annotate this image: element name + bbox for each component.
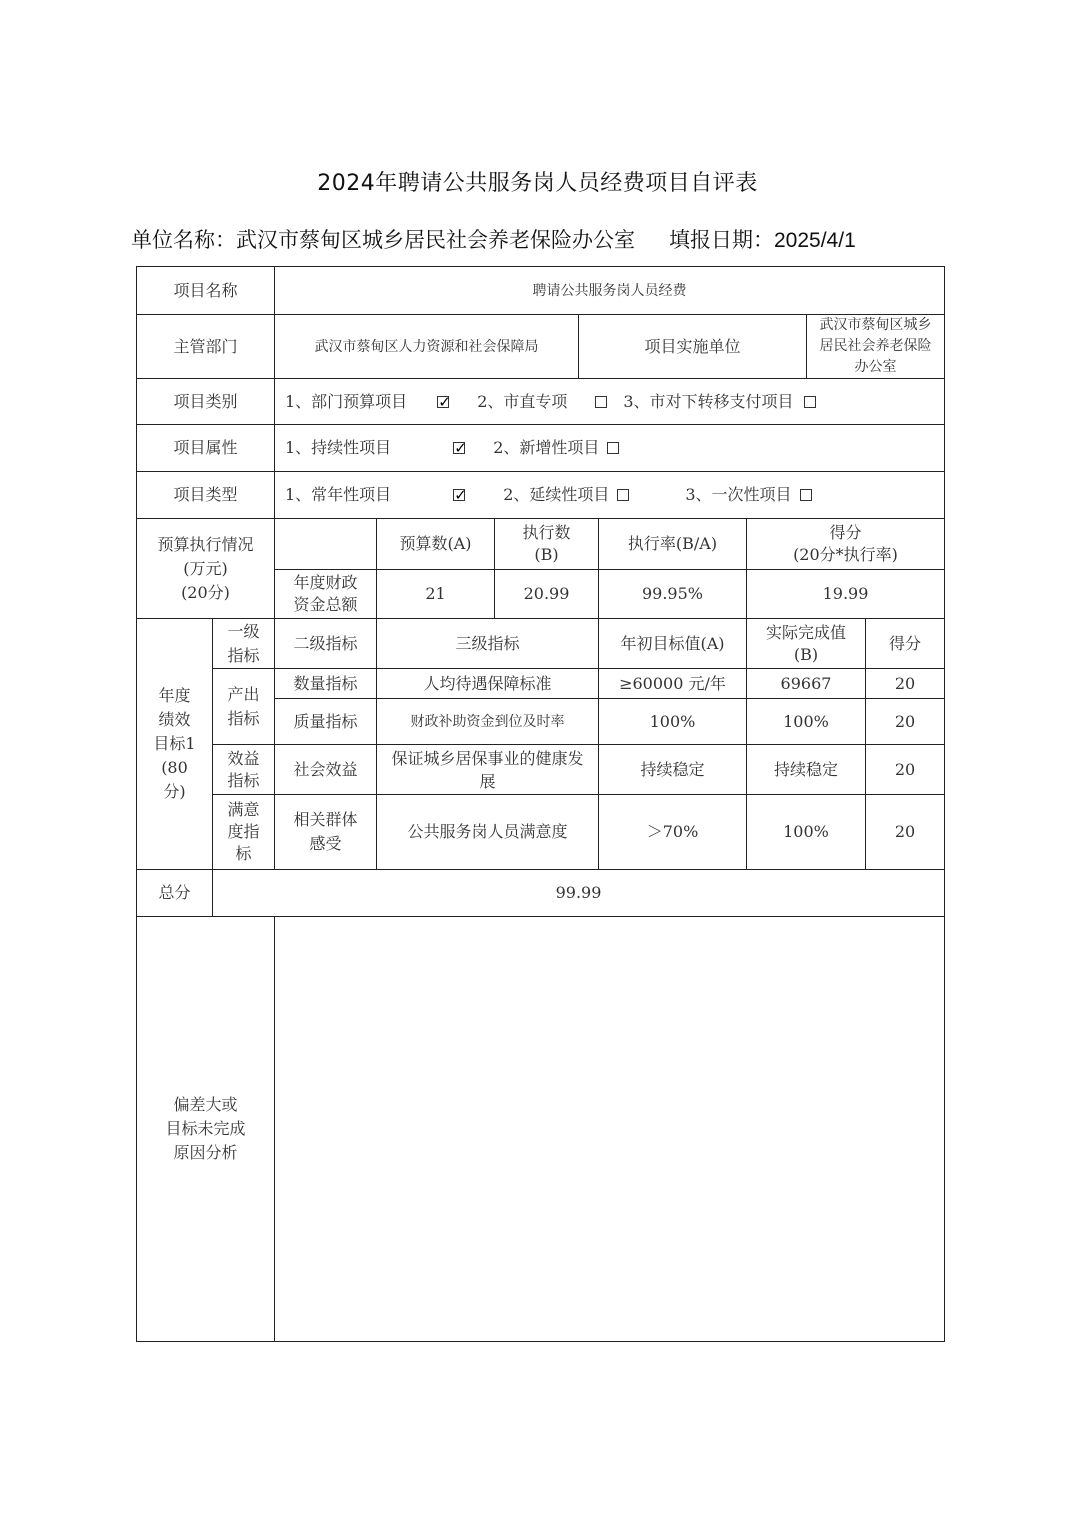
section-line: 年度 [158, 684, 190, 708]
budget-header-a: 预算数(A) [376, 518, 495, 570]
category-option-1: 1、部门预算项目 [285, 390, 407, 414]
attribute-option-2: 2、新增性项目 [493, 436, 599, 460]
unit-label: 单位名称： [131, 228, 236, 252]
header-score: 得分 [865, 618, 945, 669]
total-label: 总分 [136, 869, 213, 917]
header-info: 单位名称：武汉市蔡甸区城乡居民社会养老保险办公室填报日期：2025/4/1 [131, 224, 856, 254]
row0-target: ≥60000 元/年 [598, 668, 747, 699]
type-option-1: 1、常年性项目 [285, 483, 391, 507]
impl-unit-label: 项目实施单位 [578, 314, 807, 379]
total-value: 99.99 [212, 869, 945, 917]
section-line: 目标1 [153, 732, 195, 756]
checkbox-unchecked-icon[interactable] [800, 489, 812, 501]
budget-header-b: 执行数 (B) [494, 518, 599, 570]
deviation-label: 偏差大或 目标未完成 原因分析 [136, 916, 275, 1342]
type-option-2: 2、延续性项目 [503, 483, 609, 507]
deviation-label-line: 原因分析 [173, 1141, 237, 1165]
dept-value: 武汉市蔡甸区人力资源和社会保障局 [274, 314, 579, 379]
row3-score: 20 [865, 794, 945, 870]
budget-section-line: 预算执行情况 [157, 533, 253, 557]
budget-row-label: 年度财政 资金总额 [274, 569, 377, 619]
section-line: (80 [161, 756, 188, 780]
checkbox-checked-icon[interactable] [453, 442, 465, 454]
row1-actual: 100% [746, 698, 866, 745]
row2-level3: 保证城乡居保事业的健康发展 [376, 744, 599, 795]
type-options: 1、常年性项目 2、延续性项目 3、一次性项目 [274, 471, 945, 519]
row0-level2: 数量指标 [274, 668, 377, 699]
row3-target: ＞70% [598, 794, 747, 870]
row1-target: 100% [598, 698, 747, 745]
level1-benefit: 效益指标 [212, 744, 275, 795]
category-option-2: 2、市直专项 [477, 390, 567, 414]
header-level3: 三级指标 [376, 618, 599, 669]
row-label-line: 资金总额 [293, 594, 357, 616]
unit-value: 武汉市蔡甸区城乡居民社会养老保险办公室 [236, 228, 635, 252]
header-line: 得分 [829, 522, 861, 544]
budget-score-value: 19.99 [746, 569, 945, 619]
budget-rate-value: 99.95% [598, 569, 747, 619]
header-line: (B) [534, 544, 558, 566]
row2-actual: 持续稳定 [746, 744, 866, 795]
budget-section-label: 预算执行情况 (万元) (20分) [136, 518, 275, 619]
project-name-value: 聘请公共服务岗人员经费 [274, 266, 945, 315]
row0-level3: 人均待遇保障标准 [376, 668, 599, 699]
budget-section-line: (20分) [181, 581, 230, 605]
row3-level2: 相关群体感受 [274, 794, 377, 870]
header-line: 执行数 [522, 522, 570, 544]
checkbox-checked-icon[interactable] [437, 396, 449, 408]
row2-score: 20 [865, 744, 945, 795]
row0-score: 20 [865, 668, 945, 699]
row2-target: 持续稳定 [598, 744, 747, 795]
category-option-3: 3、市对下转移支付项目 [623, 390, 793, 414]
header-level1: 一级指标 [212, 618, 275, 669]
attribute-option-1: 1、持续性项目 [285, 436, 391, 460]
date-value: 2025/4/1 [774, 229, 856, 252]
level1-satisfaction: 满意度指标 [212, 794, 275, 870]
type-option-3: 3、一次性项目 [685, 483, 791, 507]
deviation-label-line: 偏差大或 [173, 1093, 237, 1117]
row-label-line: 年度财政 [293, 572, 357, 594]
checkbox-unchecked-icon[interactable] [617, 489, 629, 501]
row1-level3: 财政补助资金到位及时率 [376, 698, 599, 745]
date-label: 填报日期： [669, 228, 774, 252]
budget-a-value: 21 [376, 569, 495, 619]
budget-header-blank [274, 518, 377, 570]
checkbox-unchecked-icon[interactable] [595, 396, 607, 408]
deviation-label-line: 目标未完成 [165, 1117, 245, 1141]
budget-b-value: 20.99 [494, 569, 599, 619]
row0-actual: 69667 [746, 668, 866, 699]
level1-output: 产出指标 [212, 668, 275, 745]
header-level2: 二级指标 [274, 618, 377, 669]
impl-unit-value: 武汉市蔡甸区城乡居民社会养老保险办公室 [806, 314, 945, 379]
header-actual: 实际完成值(B) [746, 618, 866, 669]
section-line: 绩效 [158, 708, 190, 732]
section-line: 分) [163, 780, 185, 804]
category-options: 1、部门预算项目 2、市直专项 3、市对下转移支付项目 [274, 378, 945, 425]
header-target: 年初目标值(A) [598, 618, 747, 669]
budget-header-rate: 执行率(B/A) [598, 518, 747, 570]
project-name-label: 项目名称 [136, 266, 275, 315]
checkbox-checked-icon[interactable] [453, 489, 465, 501]
row2-level2: 社会效益 [274, 744, 377, 795]
type-label: 项目类型 [136, 471, 275, 519]
row3-level3: 公共服务岗人员满意度 [376, 794, 599, 870]
row3-actual: 100% [746, 794, 866, 870]
category-label: 项目类别 [136, 378, 275, 425]
deviation-value[interactable] [274, 916, 945, 1342]
page-title: 2024年聘请公共服务岗人员经费项目自评表 [0, 166, 1075, 197]
dept-label: 主管部门 [136, 314, 275, 379]
budget-header-score: 得分 (20分*执行率) [746, 518, 945, 570]
row1-level2: 质量指标 [274, 698, 377, 745]
checkbox-unchecked-icon[interactable] [607, 442, 619, 454]
budget-section-line: (万元) [183, 557, 228, 581]
header-line: (20分*执行率) [793, 544, 898, 566]
checkbox-unchecked-icon[interactable] [804, 396, 816, 408]
attribute-options: 1、持续性项目 2、新增性项目 [274, 424, 945, 472]
attribute-label: 项目属性 [136, 424, 275, 472]
performance-section-label: 年度 绩效 目标1 (80 分) [136, 618, 213, 870]
row1-score: 20 [865, 698, 945, 745]
